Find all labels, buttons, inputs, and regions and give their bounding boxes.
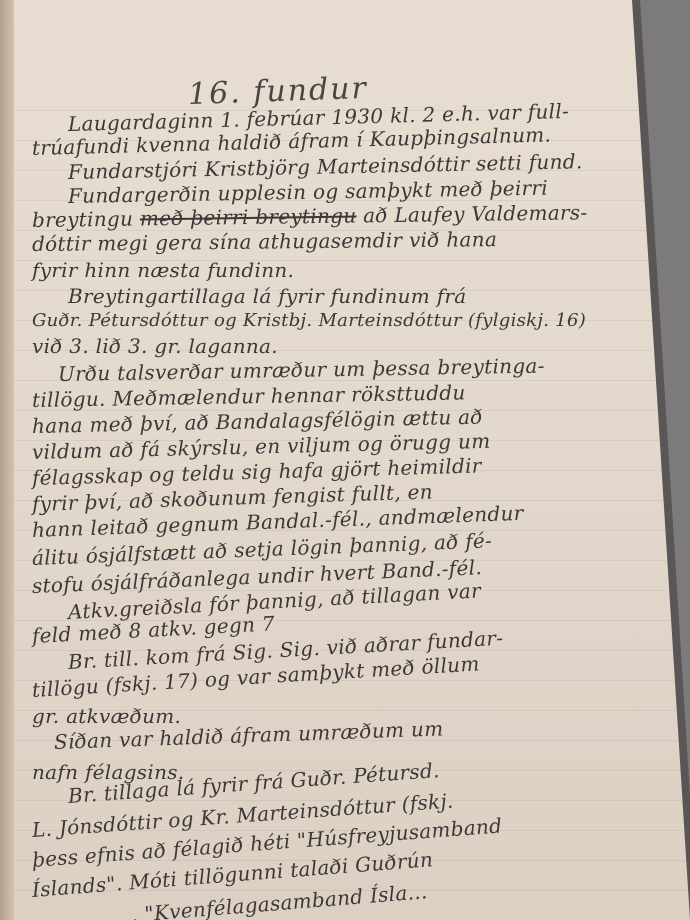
minutes-word: breytingu: [32, 207, 134, 232]
minutes-line: dóttir megi gera sína athugasemdir við h…: [32, 227, 497, 256]
notebook-page: 16. fundur Laugardaginn 1. febrúar 1930 …: [14, 0, 690, 920]
handwritten-minutes: 16. fundur Laugardaginn 1. febrúar 1930 …: [18, 0, 668, 920]
minutes-line: Breytingartillaga lá fyrir fundinum frá: [68, 284, 467, 308]
minutes-line: við 3. lið 3. gr. laganna.: [32, 334, 278, 358]
minutes-line: fyrir hinn næsta fundinn.: [32, 258, 294, 282]
struck-text: með þeirri breytingu: [140, 203, 357, 230]
minutes-word: að Laufey Valdemars-: [363, 200, 588, 227]
minutes-line: gr. atkvæðum.: [32, 704, 181, 728]
minutes-line: Guðr. Pétursdóttur og Kristbj. Marteinsd…: [32, 310, 586, 331]
minutes-line: Urðu talsverðar umræður um þessa breytin…: [58, 354, 545, 386]
